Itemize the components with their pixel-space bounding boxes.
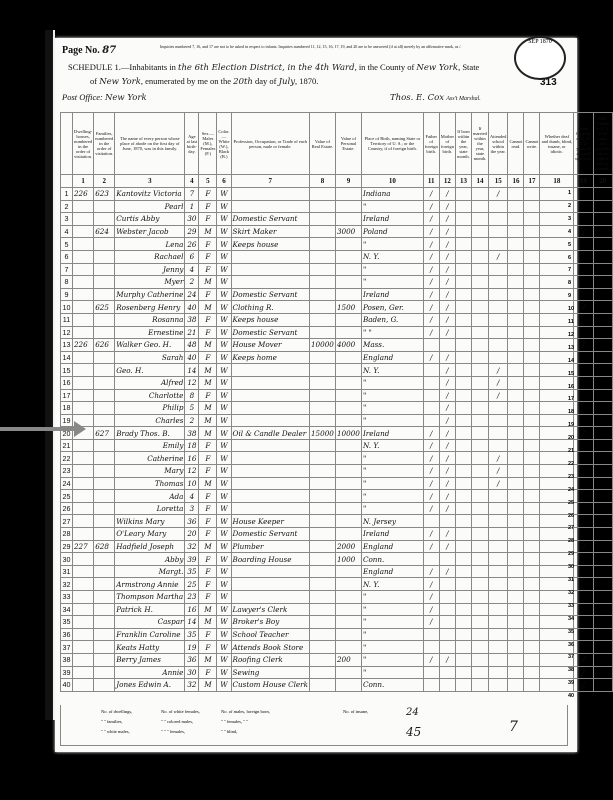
cell-dwelling [72, 465, 93, 478]
cell-age: 40 [185, 351, 199, 364]
cell-n: 4 [61, 225, 73, 238]
cell-color: W [217, 439, 231, 452]
cell-c11: / [423, 578, 439, 591]
cell-c11: / [423, 250, 439, 263]
cell-c20 [593, 200, 612, 213]
cell-c13 [455, 565, 471, 578]
cell-real [309, 213, 335, 226]
cell-age: 12 [185, 376, 199, 389]
cell-c16 [508, 276, 524, 289]
table-row: 15Geo. H.14MWN. Y.// [61, 364, 613, 377]
cell-c16 [508, 339, 524, 352]
col-header-18: Whether deaf and dumb, blind, insane, or… [540, 113, 574, 175]
cell-n: 27 [61, 515, 73, 528]
cell-c13 [455, 188, 471, 201]
cell-c14 [471, 653, 488, 666]
cell-age: 36 [185, 653, 199, 666]
cell-c11: / [423, 452, 439, 465]
cell-color: W [217, 578, 231, 591]
cell-c17 [524, 679, 540, 692]
cell-c16 [508, 578, 524, 591]
cell-c20 [593, 351, 612, 364]
cell-occupation: Clothing R. [231, 301, 309, 314]
cell-c13 [455, 653, 471, 666]
cell-c15: / [488, 452, 508, 465]
cell-c15 [488, 200, 508, 213]
cell-c16 [508, 238, 524, 251]
cell-c12: / [439, 427, 455, 440]
cell-c14 [471, 301, 488, 314]
table-row: 2Pearl1FW"// [61, 200, 613, 213]
cell-sex: F [199, 439, 217, 452]
cell-c17 [524, 263, 540, 276]
tally-col-19: 7 [509, 719, 518, 735]
cell-c17 [524, 402, 540, 415]
cell-age: 4 [185, 490, 199, 503]
cell-c17 [524, 364, 540, 377]
cell-c14 [471, 188, 488, 201]
cell-c19 [574, 213, 593, 226]
cell-name: Ernestine [115, 326, 185, 339]
cell-color: W [217, 603, 231, 616]
cell-dwelling [72, 402, 93, 415]
cell-c16 [508, 200, 524, 213]
cell-family [94, 288, 115, 301]
cell-family: 624 [94, 225, 115, 238]
cell-occupation [231, 414, 309, 427]
cell-color: W [217, 188, 231, 201]
cell-c19 [574, 188, 593, 201]
cell-c13 [455, 465, 471, 478]
cell-dwelling [72, 528, 93, 541]
cell-personal [335, 351, 361, 364]
cell-dwelling: 226 [72, 339, 93, 352]
cell-dwelling [72, 213, 93, 226]
cell-n: 40 [61, 679, 73, 692]
cell-color: W [217, 465, 231, 478]
cell-c19 [574, 200, 593, 213]
cell-c11 [423, 389, 439, 402]
cell-n: 34 [61, 603, 73, 616]
cell-sex: F [199, 465, 217, 478]
cell-color: W [217, 540, 231, 553]
cell-n: 22 [61, 452, 73, 465]
cell-sex: F [199, 250, 217, 263]
cell-sex: M [199, 603, 217, 616]
cell-family [94, 477, 115, 490]
cell-birthplace: N. Y. [361, 439, 423, 452]
cell-c12: / [439, 452, 455, 465]
cell-dwelling [72, 591, 93, 604]
cell-name: Sarah [115, 351, 185, 364]
cell-birthplace: N. Y. [361, 578, 423, 591]
cell-real [309, 326, 335, 339]
cell-dwelling [72, 553, 93, 566]
cell-age: 38 [185, 313, 199, 326]
cell-dwelling [72, 578, 93, 591]
cell-birthplace: " [361, 402, 423, 415]
cell-age: 21 [185, 326, 199, 339]
cell-real [309, 238, 335, 251]
cell-color: W [217, 301, 231, 314]
cell-dwelling [72, 477, 93, 490]
row-number-right: 9 [568, 293, 571, 299]
cell-c15 [488, 439, 508, 452]
cell-c15 [488, 351, 508, 364]
cell-c15 [488, 288, 508, 301]
cell-color: W [217, 414, 231, 427]
cell-age: 38 [185, 427, 199, 440]
cell-occupation: Domestic Servant [231, 213, 309, 226]
cell-n: 23 [61, 465, 73, 478]
cell-c20 [593, 288, 612, 301]
cell-c11: / [423, 238, 439, 251]
cell-c19 [574, 439, 593, 452]
cell-occupation [231, 389, 309, 402]
cell-age: 12 [185, 465, 199, 478]
cell-c20 [593, 213, 612, 226]
cell-name: Charlotte [115, 389, 185, 402]
cell-c17 [524, 591, 540, 604]
cell-dwelling [72, 603, 93, 616]
cell-family [94, 402, 115, 415]
cell-family [94, 452, 115, 465]
cell-birthplace: Poland [361, 225, 423, 238]
cell-c17 [524, 641, 540, 654]
col-header-2: Families, numbered in the order of visit… [94, 113, 115, 175]
cell-name: Emily [115, 439, 185, 452]
cell-sex: F [199, 553, 217, 566]
cell-c12: / [439, 288, 455, 301]
cell-birthplace: Ireland [361, 288, 423, 301]
cell-personal [335, 313, 361, 326]
cell-c16 [508, 364, 524, 377]
cell-c15: / [488, 389, 508, 402]
cell-name: Abby [115, 553, 185, 566]
cell-c11: / [423, 465, 439, 478]
row-number-right: 4 [568, 229, 571, 235]
cell-n: 3 [61, 213, 73, 226]
cell-real [309, 225, 335, 238]
cell-color: W [217, 565, 231, 578]
cell-age: 36 [185, 515, 199, 528]
row-number-right: 36 [568, 642, 574, 648]
cell-c17 [524, 452, 540, 465]
cell-c14 [471, 313, 488, 326]
cell-c15 [488, 603, 508, 616]
col-header-13: If born within the year, state month. [455, 113, 471, 175]
column-number-row: 1234567891011121314151617181920 [61, 175, 613, 188]
cell-name: Philip [115, 402, 185, 415]
cell-c15 [488, 679, 508, 692]
cell-c16 [508, 591, 524, 604]
cell-c14 [471, 250, 488, 263]
cell-c14 [471, 666, 488, 679]
cell-c17 [524, 628, 540, 641]
row-number-right: 16 [568, 384, 574, 390]
cell-personal [335, 591, 361, 604]
cell-dwelling [72, 452, 93, 465]
cell-age: 19 [185, 641, 199, 654]
cell-occupation [231, 578, 309, 591]
cell-color: W [217, 339, 231, 352]
cell-c14 [471, 477, 488, 490]
cell-age: 29 [185, 225, 199, 238]
census-rows: 1226623Kantovitz Victoria7FWIndiana///2P… [61, 188, 613, 692]
cell-family [94, 200, 115, 213]
cell-c12: / [439, 276, 455, 289]
cell-real [309, 528, 335, 541]
cell-n: 1 [61, 188, 73, 201]
cell-name: Thomas [115, 477, 185, 490]
cell-c13 [455, 603, 471, 616]
cell-name: Jones Edwin A. [115, 679, 185, 692]
cell-name: Webster Jacob [115, 225, 185, 238]
cell-n: 26 [61, 502, 73, 515]
cell-c11 [423, 515, 439, 528]
cell-c11: / [423, 528, 439, 541]
cell-c20 [593, 402, 612, 415]
row-indicator-arrow-head [74, 421, 86, 437]
cell-occupation: Keeps home [231, 351, 309, 364]
cell-c13 [455, 427, 471, 440]
cell-name: Thompson Martha [115, 591, 185, 604]
cell-c12: / [439, 653, 455, 666]
cell-birthplace: Ireland [361, 427, 423, 440]
cell-c12: / [439, 213, 455, 226]
cell-c19 [574, 402, 593, 415]
cell-occupation: Attends Book Store [231, 641, 309, 654]
cell-family [94, 263, 115, 276]
cell-family [94, 515, 115, 528]
cell-c13 [455, 225, 471, 238]
cell-c14 [471, 528, 488, 541]
cell-c19 [574, 477, 593, 490]
page-binding-edge [45, 30, 55, 720]
cell-occupation: Domestic Servant [231, 288, 309, 301]
cell-sex: F [199, 389, 217, 402]
cell-birthplace: " [361, 200, 423, 213]
cell-family [94, 653, 115, 666]
table-row: 1226623Kantovitz Victoria7FWIndiana/// [61, 188, 613, 201]
table-row: 4624Webster Jacob29MWSkirt Maker3000Pola… [61, 225, 613, 238]
cell-color: W [217, 238, 231, 251]
cell-c15 [488, 238, 508, 251]
cell-c17 [524, 578, 540, 591]
cell-c14 [471, 603, 488, 616]
cell-n: 29 [61, 540, 73, 553]
cell-birthplace: " [361, 628, 423, 641]
cell-real [309, 553, 335, 566]
cell-c14 [471, 200, 488, 213]
cell-name: Charles [115, 414, 185, 427]
row-number-right: 13 [568, 345, 574, 351]
table-row: 11Rosanna38FWKeeps houseBaden, G.// [61, 313, 613, 326]
cell-c12 [439, 628, 455, 641]
cell-c19: / [574, 666, 593, 679]
cell-c15 [488, 225, 508, 238]
cell-c19 [574, 603, 593, 616]
cell-c20 [593, 238, 612, 251]
cell-real [309, 188, 335, 201]
cell-birthplace: N. Y. [361, 364, 423, 377]
cell-c17 [524, 515, 540, 528]
cell-color: W [217, 213, 231, 226]
cell-c14 [471, 641, 488, 654]
cell-c12: / [439, 238, 455, 251]
cell-c19: / [574, 679, 593, 692]
cell-c14 [471, 452, 488, 465]
cell-sex: F [199, 351, 217, 364]
cell-n: 28 [61, 528, 73, 541]
cell-c17 [524, 465, 540, 478]
district-value: the 6th Election District, in the 4th Wa… [178, 63, 355, 73]
cell-c19 [574, 288, 593, 301]
cell-c13 [455, 339, 471, 352]
cell-dwelling [72, 439, 93, 452]
cell-family [94, 238, 115, 251]
cell-family [94, 591, 115, 604]
cell-occupation: Custom House Clerk [231, 679, 309, 692]
cell-dwelling [72, 628, 93, 641]
cell-c12: / [439, 326, 455, 339]
row-number-right: 39 [568, 680, 574, 686]
cell-c19 [574, 276, 593, 289]
cell-occupation [231, 591, 309, 604]
table-row: 40Jones Edwin A.32MWCustom House ClerkCo… [61, 679, 613, 692]
cell-personal [335, 276, 361, 289]
cell-real [309, 465, 335, 478]
cell-age: 6 [185, 250, 199, 263]
cell-personal: 1000 [335, 553, 361, 566]
cell-occupation [231, 565, 309, 578]
cell-dwelling [72, 263, 93, 276]
cell-family: 623 [94, 188, 115, 201]
cell-personal [335, 502, 361, 515]
cell-age: 2 [185, 414, 199, 427]
cell-real [309, 452, 335, 465]
cell-c20 [593, 578, 612, 591]
cell-c17 [524, 540, 540, 553]
cell-c17 [524, 301, 540, 314]
cell-family [94, 351, 115, 364]
cell-c16 [508, 301, 524, 314]
cell-dwelling [72, 389, 93, 402]
cell-sex: M [199, 616, 217, 629]
cell-c12 [439, 641, 455, 654]
row-number-right: 32 [568, 590, 574, 596]
cell-occupation [231, 376, 309, 389]
cell-c13 [455, 288, 471, 301]
cell-color: W [217, 313, 231, 326]
cell-dwelling [72, 679, 93, 692]
cell-c11: / [423, 616, 439, 629]
cell-c17 [524, 376, 540, 389]
cell-personal: 2000 [335, 540, 361, 553]
cell-n: 8 [61, 276, 73, 289]
row-number-right: 15 [568, 371, 574, 377]
cell-c12 [439, 603, 455, 616]
table-row: 16Alfred12MW"// [61, 376, 613, 389]
cell-birthplace: " [361, 376, 423, 389]
row-number-right: 25 [568, 500, 574, 506]
cell-c15 [488, 301, 508, 314]
cell-c11: / [423, 326, 439, 339]
cell-birthplace: England [361, 565, 423, 578]
col-header-8: Value of Real Estate. [309, 113, 335, 175]
cell-age: 32 [185, 679, 199, 692]
cell-c14 [471, 351, 488, 364]
cell-c12: / [439, 389, 455, 402]
cell-c12: / [439, 439, 455, 452]
cell-personal [335, 238, 361, 251]
cell-family: 626 [94, 339, 115, 352]
cell-birthplace: " [361, 414, 423, 427]
cell-sex: F [199, 200, 217, 213]
cell-name: Walker Geo. H. [115, 339, 185, 352]
cell-c13 [455, 263, 471, 276]
cell-real [309, 288, 335, 301]
cell-c19 [574, 616, 593, 629]
cell-n: 31 [61, 565, 73, 578]
marshal-line: Thos. E. Cox Ass't Marshal. [390, 92, 481, 103]
cell-c17 [524, 528, 540, 541]
cell-name: Lena [115, 238, 185, 251]
cell-age: 16 [185, 452, 199, 465]
cell-c17 [524, 276, 540, 289]
cell-sex: F [199, 528, 217, 541]
cell-c12: / [439, 188, 455, 201]
cell-c13 [455, 313, 471, 326]
cell-birthplace: " [361, 452, 423, 465]
cell-age: 24 [185, 288, 199, 301]
cell-real [309, 263, 335, 276]
cell-c19 [574, 628, 593, 641]
cell-c17 [524, 502, 540, 515]
cell-family [94, 313, 115, 326]
cell-c20 [593, 389, 612, 402]
cell-c13 [455, 364, 471, 377]
county-value: New York [416, 63, 458, 73]
cell-c14 [471, 490, 488, 503]
cell-c13 [455, 276, 471, 289]
cell-c11 [423, 339, 439, 352]
cell-real [309, 376, 335, 389]
cell-color: W [217, 364, 231, 377]
cell-dwelling [72, 250, 93, 263]
cell-c14 [471, 553, 488, 566]
cell-family [94, 528, 115, 541]
table-row: 28O'Leary Mary20FWDomestic ServantIrelan… [61, 528, 613, 541]
cell-color: W [217, 427, 231, 440]
cell-personal [335, 565, 361, 578]
cell-c20 [593, 225, 612, 238]
cell-real [309, 540, 335, 553]
cell-sex: F [199, 263, 217, 276]
cell-occupation: Keeps house [231, 238, 309, 251]
cell-c14 [471, 578, 488, 591]
cell-color: W [217, 666, 231, 679]
cell-birthplace: " [361, 477, 423, 490]
cell-color: W [217, 679, 231, 692]
cell-c15 [488, 578, 508, 591]
enumeration-line: of New York, enumerated by me on the 20t… [90, 76, 318, 87]
cell-n: 25 [61, 490, 73, 503]
cell-c16 [508, 213, 524, 226]
row-number-right: 28 [568, 538, 574, 544]
row-number-right: 31 [568, 577, 574, 583]
cell-family [94, 502, 115, 515]
